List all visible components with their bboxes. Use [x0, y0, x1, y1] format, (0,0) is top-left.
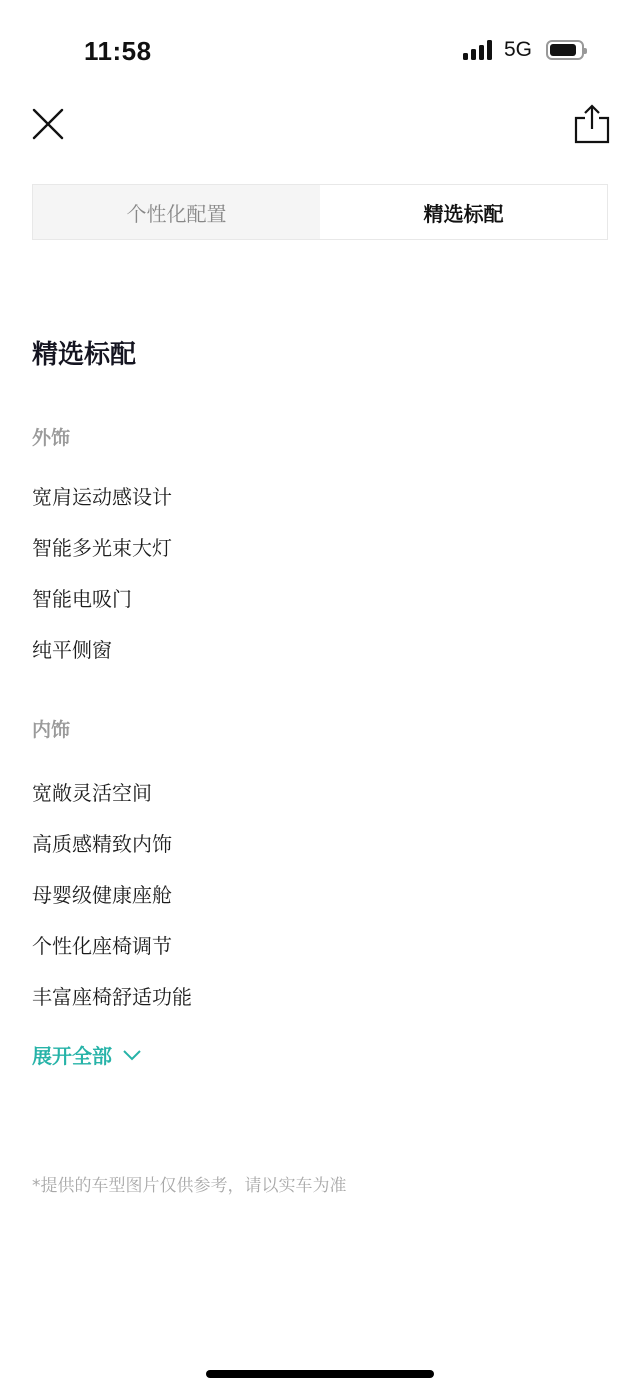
page-title: 精选标配: [32, 334, 136, 371]
section-label-interior: 内饰: [32, 715, 70, 742]
config-tabs: 个性化配置 精选标配: [32, 184, 608, 240]
status-bar: 11:58 5G: [0, 0, 640, 100]
feature-item: 宽肩运动感设计: [32, 481, 172, 510]
share-button[interactable]: [572, 102, 612, 146]
disclaimer-text: *提供的车型图片仅供参考，请以实车为准: [32, 1171, 347, 1196]
feature-item: 纯平侧窗: [32, 634, 112, 663]
expand-all-label: 展开全部: [32, 1040, 112, 1069]
feature-item: 丰富座椅舒适功能: [32, 981, 192, 1010]
close-button[interactable]: [30, 106, 66, 142]
battery-icon: [546, 40, 584, 60]
feature-item: 个性化座椅调节: [32, 930, 172, 959]
expand-all-button[interactable]: 展开全部: [32, 1040, 142, 1069]
signal-icon: [463, 40, 492, 60]
status-indicators: 5G: [463, 38, 584, 62]
tab-selected-standard[interactable]: 精选标配: [320, 185, 607, 239]
home-indicator[interactable]: [206, 1370, 434, 1378]
feature-item: 智能多光束大灯: [32, 532, 172, 561]
feature-item: 智能电吸门: [32, 583, 132, 612]
section-label-exterior: 外饰: [32, 423, 70, 450]
feature-item: 高质感精致内饰: [32, 828, 172, 857]
feature-item: 宽敞灵活空间: [32, 777, 152, 806]
close-icon: [30, 106, 66, 142]
tab-personalized-config[interactable]: 个性化配置: [33, 185, 320, 239]
status-time: 11:58: [84, 36, 152, 67]
feature-item: 母婴级健康座舱: [32, 879, 172, 908]
network-type: 5G: [504, 38, 532, 62]
share-icon: [572, 102, 612, 146]
chevron-down-icon: [122, 1049, 142, 1061]
